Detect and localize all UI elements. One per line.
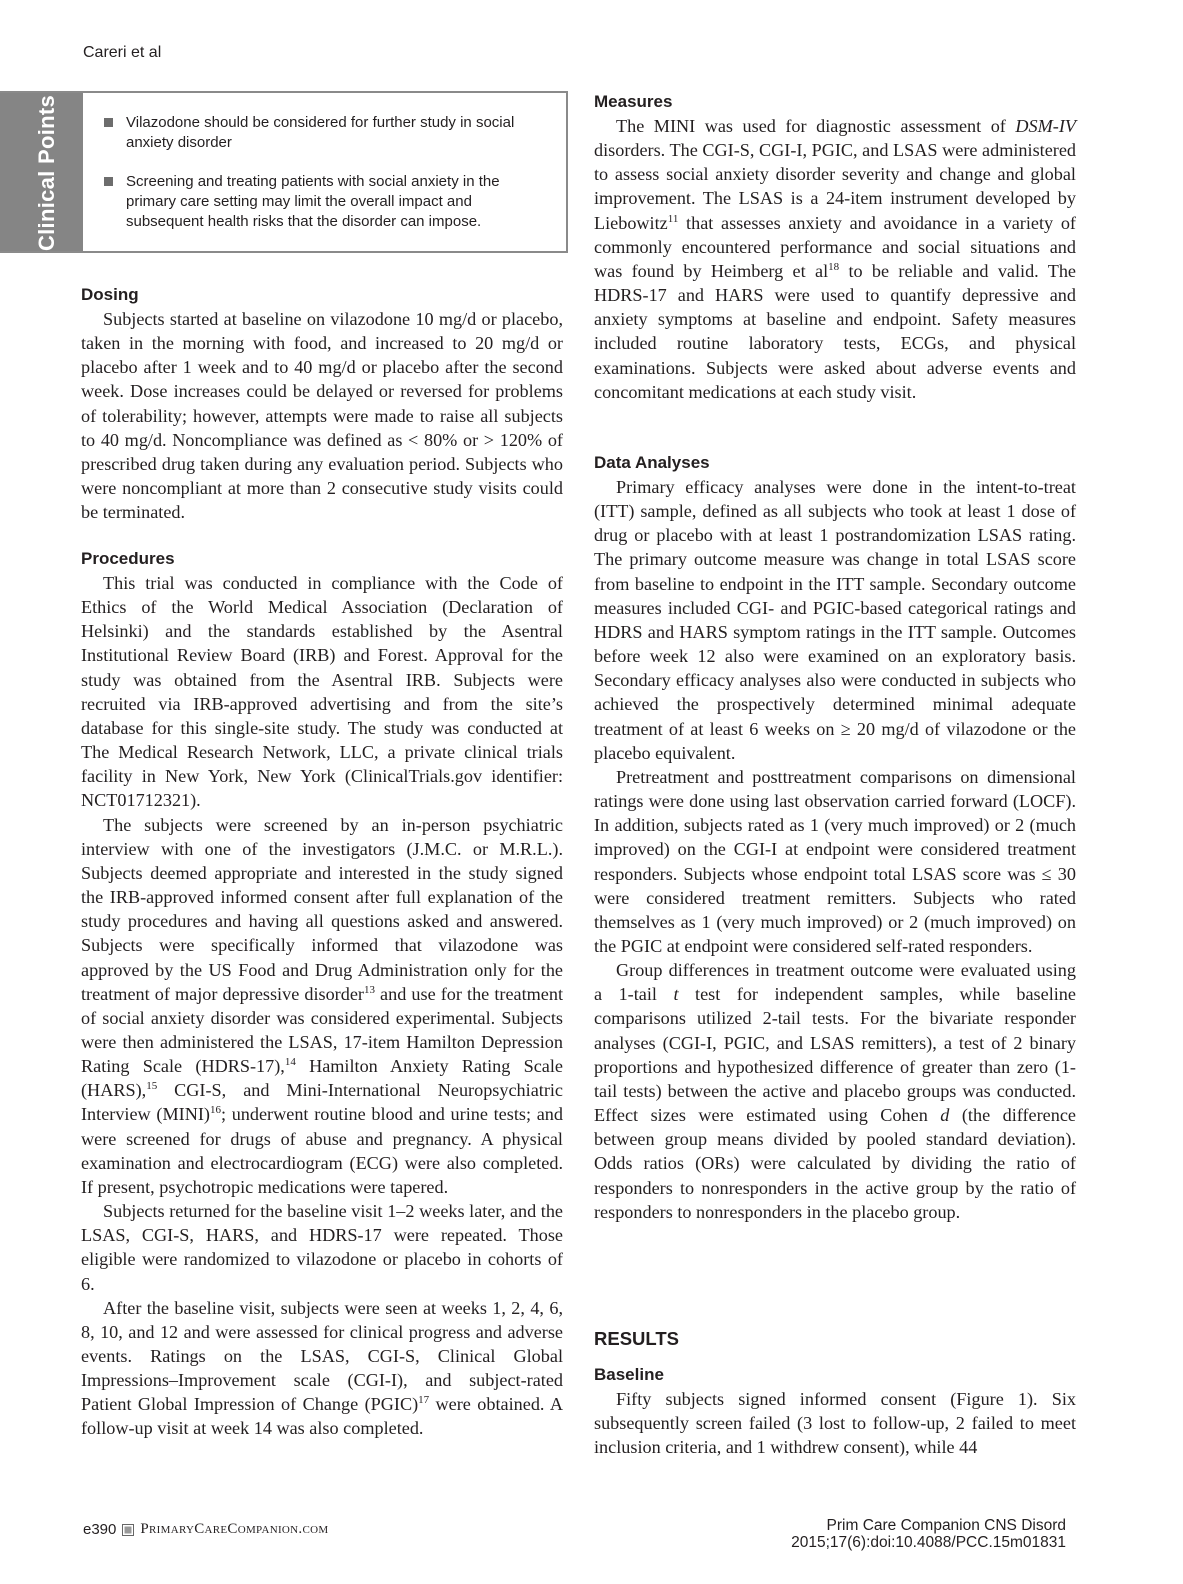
- clinical-point-item: Vilazodone should be considered for furt…: [104, 113, 550, 153]
- section-heading: Measures: [594, 90, 1076, 114]
- clinical-points-list: Vilazodone should be considered for furt…: [104, 113, 550, 251]
- section-results: RESULTS Baseline Fifty subjects signed i…: [594, 1327, 1076, 1459]
- paragraph: Primary efficacy analyses were done in t…: [594, 475, 1076, 765]
- paragraph: Fifty subjects signed informed consent (…: [594, 1387, 1076, 1459]
- square-bullet-icon: [104, 118, 113, 127]
- clinical-point-text: Screening and treating patients with soc…: [126, 173, 500, 230]
- journal-name: Prim Care Companion CNS Disord: [791, 1517, 1066, 1534]
- section-dosing: Dosing Subjects started at baseline on v…: [81, 283, 563, 524]
- citation-ref: 17: [418, 1394, 429, 1406]
- footer-site-link[interactable]: PrimaryCareCompanion.com: [140, 1521, 328, 1538]
- page-number: e390: [83, 1521, 116, 1538]
- citation-ref: 16: [210, 1104, 221, 1116]
- paragraph: This trial was conducted in compliance w…: [81, 571, 563, 813]
- footer-right: Prim Care Companion CNS Disord 2015;17(6…: [791, 1517, 1066, 1551]
- paragraph: The subjects were screened by an in-pers…: [81, 813, 563, 1200]
- clinical-points-box: Clinical Points Vilazodone should be con…: [0, 91, 568, 253]
- paragraph: After the baseline visit, subjects were …: [81, 1296, 563, 1441]
- section-heading: Dosing: [81, 283, 563, 307]
- citation-doi: 2015;17(6):doi:10.4088/PCC.15m01831: [791, 1534, 1066, 1551]
- section-heading: Baseline: [594, 1363, 1076, 1387]
- citation-ref: 15: [146, 1080, 157, 1092]
- clinical-points-band: Clinical Points: [0, 93, 83, 251]
- citation-ref: 14: [285, 1056, 296, 1068]
- citation-ref: 18: [828, 261, 839, 273]
- section-heading: Data Analyses: [594, 451, 1076, 475]
- results-heading: RESULTS: [594, 1327, 1076, 1351]
- footer-left: e390 PrimaryCareCompanion.com: [83, 1521, 328, 1538]
- paragraph: Pretreatment and posttreatment compariso…: [594, 765, 1076, 958]
- paragraph: Group differences in treatment outcome w…: [594, 958, 1076, 1224]
- section-procedures: Procedures This trial was conducted in c…: [81, 547, 563, 1441]
- square-separator-icon: [122, 1524, 134, 1536]
- clinical-point-item: Screening and treating patients with soc…: [104, 172, 550, 232]
- running-head: Careri et al: [83, 44, 161, 62]
- section-measures: Measures The MINI was used for diagnosti…: [594, 90, 1076, 404]
- section-heading: Procedures: [81, 547, 563, 571]
- square-bullet-icon: [104, 177, 113, 186]
- clinical-point-text: Vilazodone should be considered for furt…: [126, 114, 514, 151]
- paragraph: Subjects started at baseline on vilazodo…: [81, 307, 563, 524]
- citation-ref: 11: [668, 213, 679, 225]
- paragraph: The MINI was used for diagnostic assessm…: [594, 114, 1076, 404]
- section-data-analyses: Data Analyses Primary efficacy analyses …: [594, 451, 1076, 1224]
- clinical-points-label: Clinical Points: [34, 95, 60, 251]
- paragraph: Subjects returned for the baseline visit…: [81, 1199, 563, 1296]
- citation-ref: 13: [364, 984, 375, 996]
